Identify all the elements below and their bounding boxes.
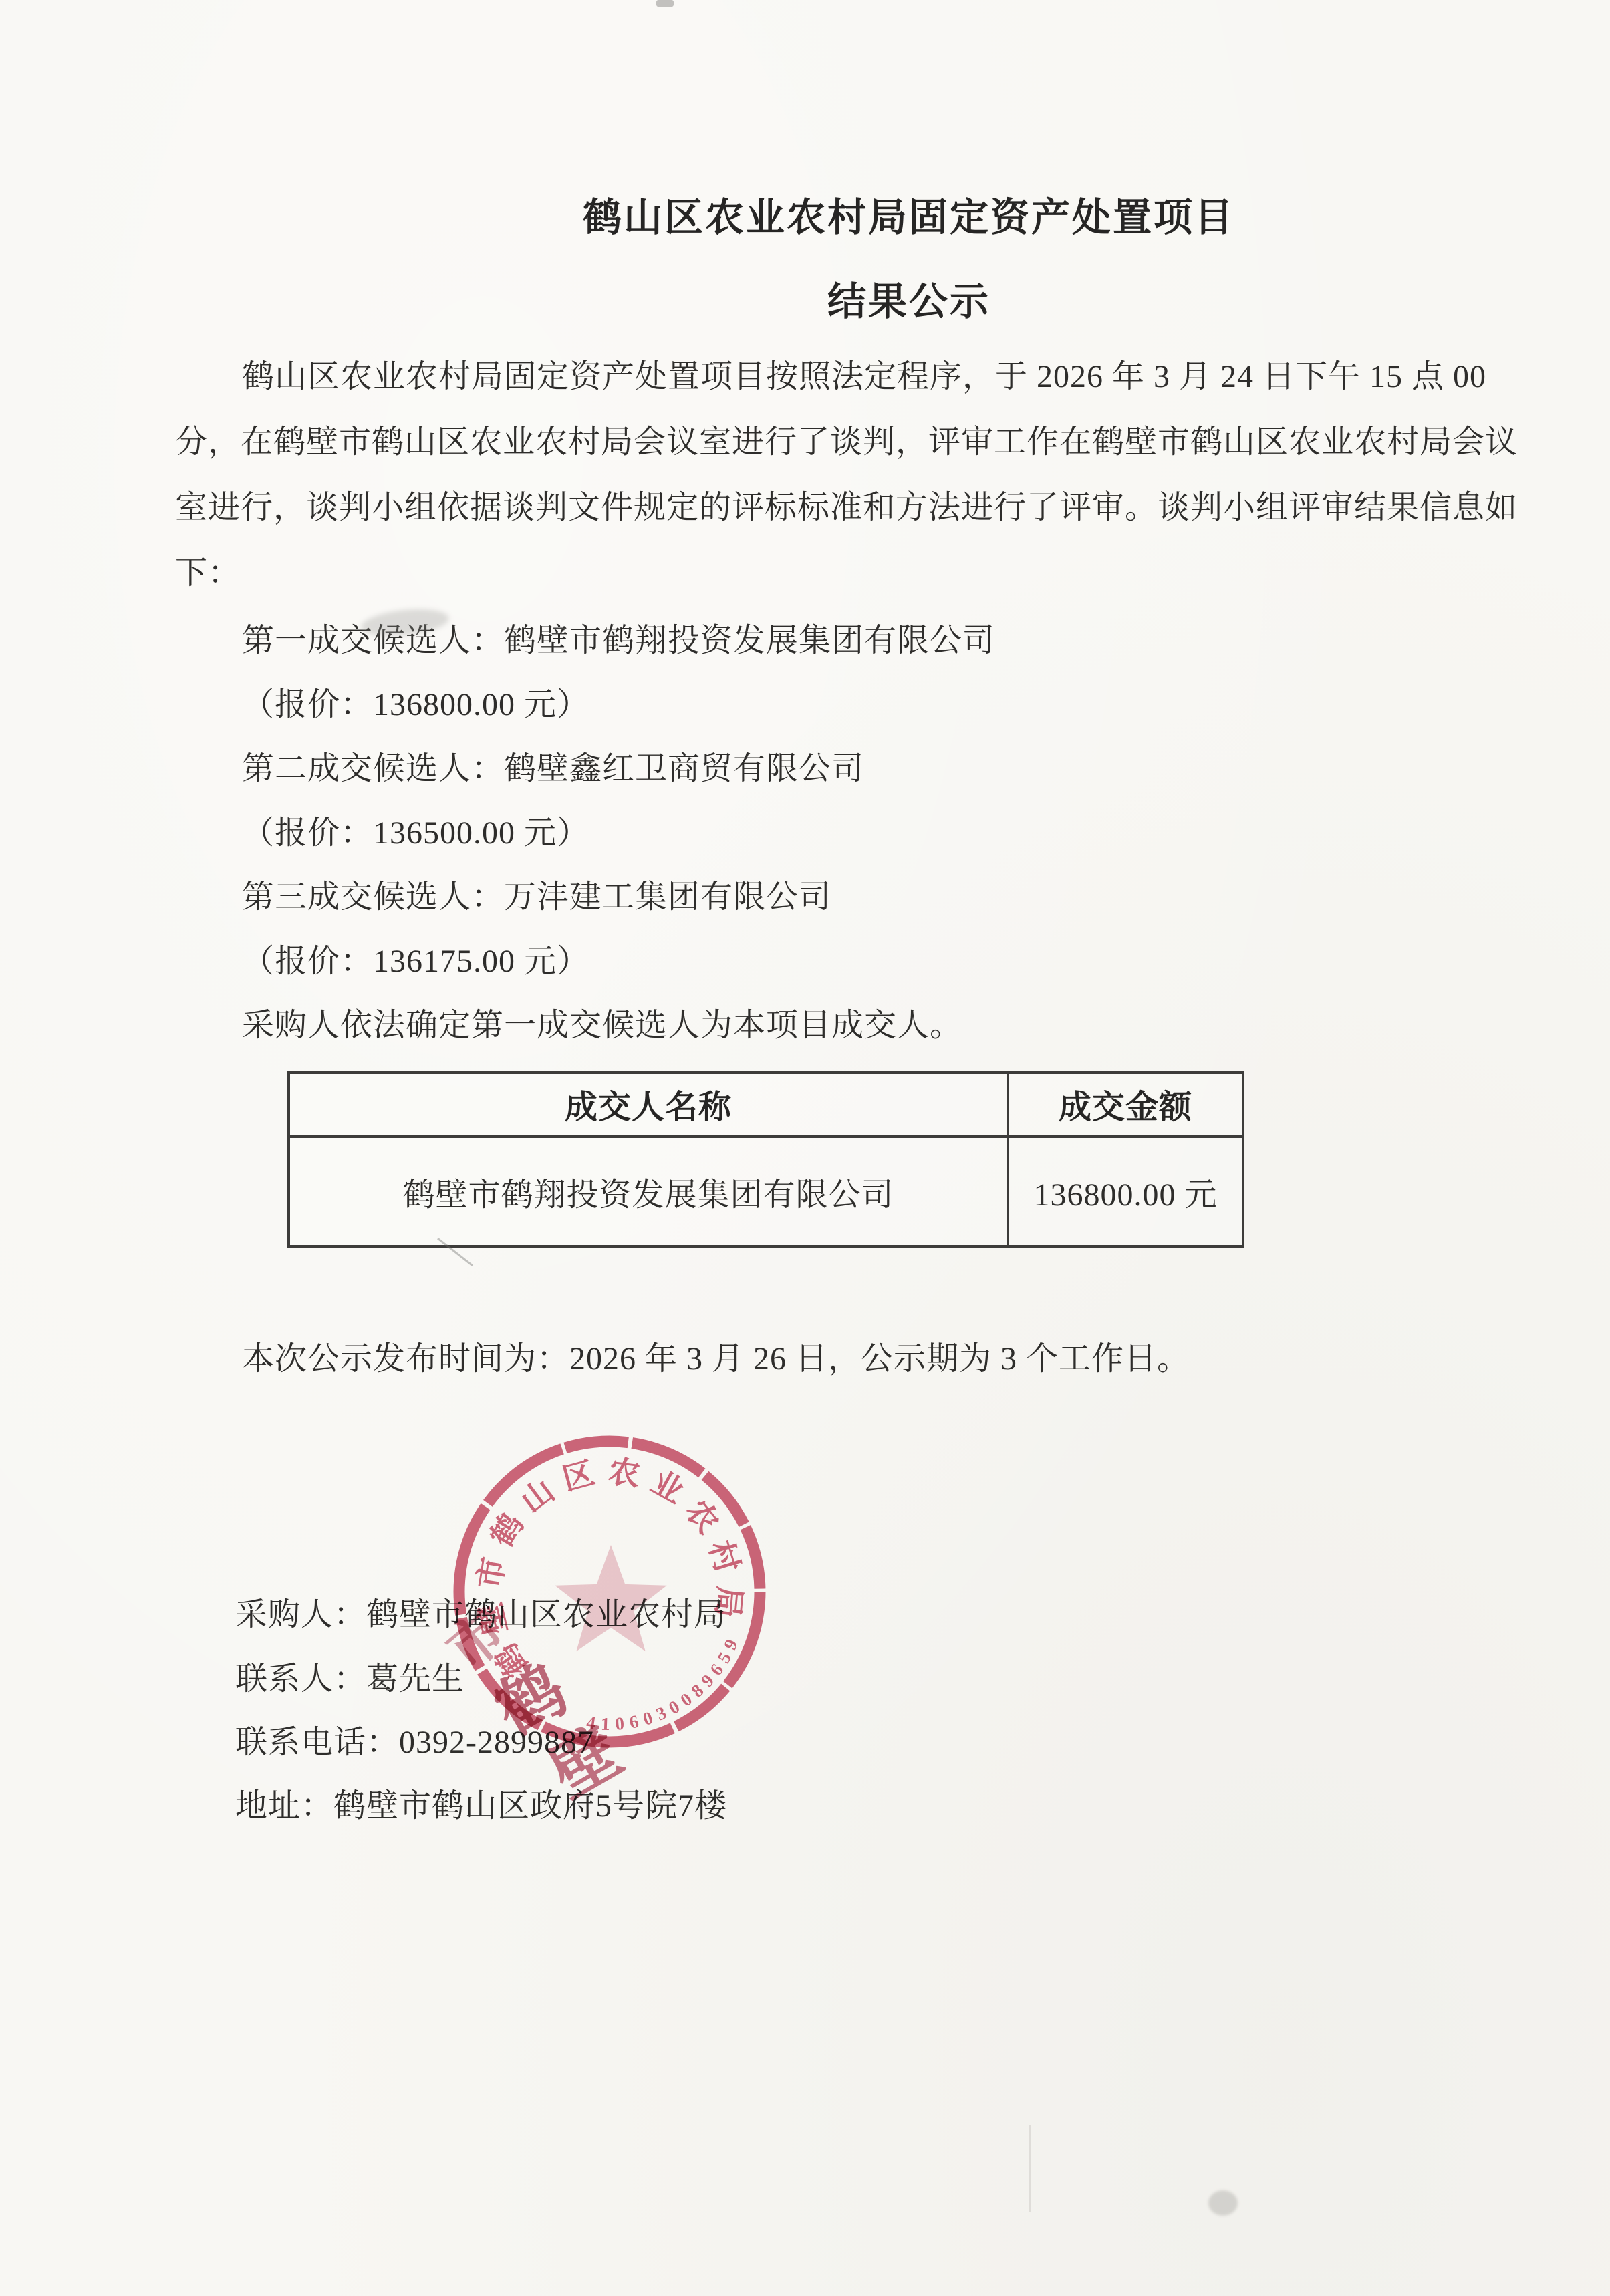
candidate-line-3: 第三成交候选人：万沣建工集团有限公司	[242, 878, 831, 917]
paragraph-line: 下：	[175, 554, 241, 593]
seal-arc-char: 壁	[473, 1599, 514, 1637]
scan-smudge	[1208, 2190, 1238, 2216]
seal-code-digit: 5	[713, 1648, 735, 1667]
table-header-row: 成交人名称 成交金额	[290, 1074, 1242, 1138]
seal-code-digit: 4	[585, 1712, 597, 1733]
price-line-1: （报价：136800.00 元）	[242, 686, 589, 724]
seal-code-digit: 6	[628, 1711, 640, 1733]
seal-arc-char: 局	[709, 1585, 747, 1619]
seal-arc-char: 鹤	[485, 1508, 531, 1553]
seal-arc-char: 村	[702, 1537, 744, 1577]
price-line-3: （报价：136175.00 元）	[242, 942, 589, 981]
candidate-line-2: 第二成交候选人：鹤壁鑫红卫商贸有限公司	[242, 750, 864, 788]
table-header-winner-name: 成交人名称	[290, 1074, 1009, 1135]
seal-code-digit: 0	[614, 1713, 625, 1734]
official-seal: 鹤壁市鹤山区农业农村局4106030089659	[449, 1431, 770, 1752]
page-subtitle: 结果公示	[287, 270, 1530, 326]
seal-arc-char: 鹤	[489, 1637, 535, 1683]
seal-arc-char: 业	[645, 1465, 689, 1510]
paragraph-line: 鹤山区农业农村局固定资产处置项目按照法定程序，于 2026 年 3 月 24 日…	[242, 357, 1486, 396]
seal-arc-char: 农	[606, 1455, 642, 1493]
table-cell-winner-name: 鹤壁市鹤翔投资发展集团有限公司	[290, 1138, 1009, 1245]
seal-code-digit: 9	[720, 1636, 742, 1653]
paragraph-line: 室进行，谈判小组依据谈判文件规定的评标标准和方法进行了评审。谈判小组评审结果信息…	[175, 488, 1518, 527]
seal-code-digit: 0	[640, 1707, 655, 1729]
table-row: 鹤壁市鹤翔投资发展集团有限公司 136800.00 元	[290, 1138, 1242, 1245]
contact-line-address: 地址：鹤壁市鹤山区政府5号院7楼	[235, 1787, 727, 1826]
award-table: 成交人名称 成交金额 鹤壁市鹤翔投资发展集团有限公司 136800.00 元	[287, 1071, 1244, 1248]
seal-arc-char: 市	[473, 1555, 512, 1592]
price-line-2: （报价：136500.00 元）	[242, 814, 589, 853]
seal-arc-char: 山	[515, 1473, 561, 1520]
paragraph-line: 分，在鹤壁市鹤山区农业农村局会议室进行了谈判，评审工作在鹤壁市鹤山区农业农村局会…	[175, 423, 1518, 462]
seal-arc-char: 区	[559, 1456, 599, 1497]
page-title: 鹤山区农业农村局固定资产处置项目	[287, 186, 1530, 242]
scan-edge-mark	[656, 0, 674, 7]
contact-line-person: 联系人：葛先生	[235, 1660, 464, 1699]
seal-arc-char: 农	[678, 1493, 725, 1540]
seal-code-digit: 3	[653, 1703, 669, 1725]
seal-star	[555, 1545, 666, 1651]
candidate-line-1: 第一成交候选人：鹤壁市鹤翔投资发展集团有限公司	[242, 621, 995, 660]
scanned-document-page: { "doc": { "title": "鹤山区农业农村局固定资产处置项目", …	[0, 0, 1610, 2296]
scan-streak	[1029, 2125, 1031, 2212]
award-confirmation-line: 采购人依法确定第一成交候选人为本项目成交人。	[242, 1006, 962, 1045]
table-header-amount: 成交金额	[1009, 1074, 1242, 1135]
seal-code-digit: 1	[601, 1714, 610, 1734]
publication-notice-line: 本次公示发布时间为：2026 年 3 月 26 日，公示期为 3 个工作日。	[242, 1340, 1190, 1379]
table-cell-amount: 136800.00 元	[1009, 1138, 1242, 1245]
